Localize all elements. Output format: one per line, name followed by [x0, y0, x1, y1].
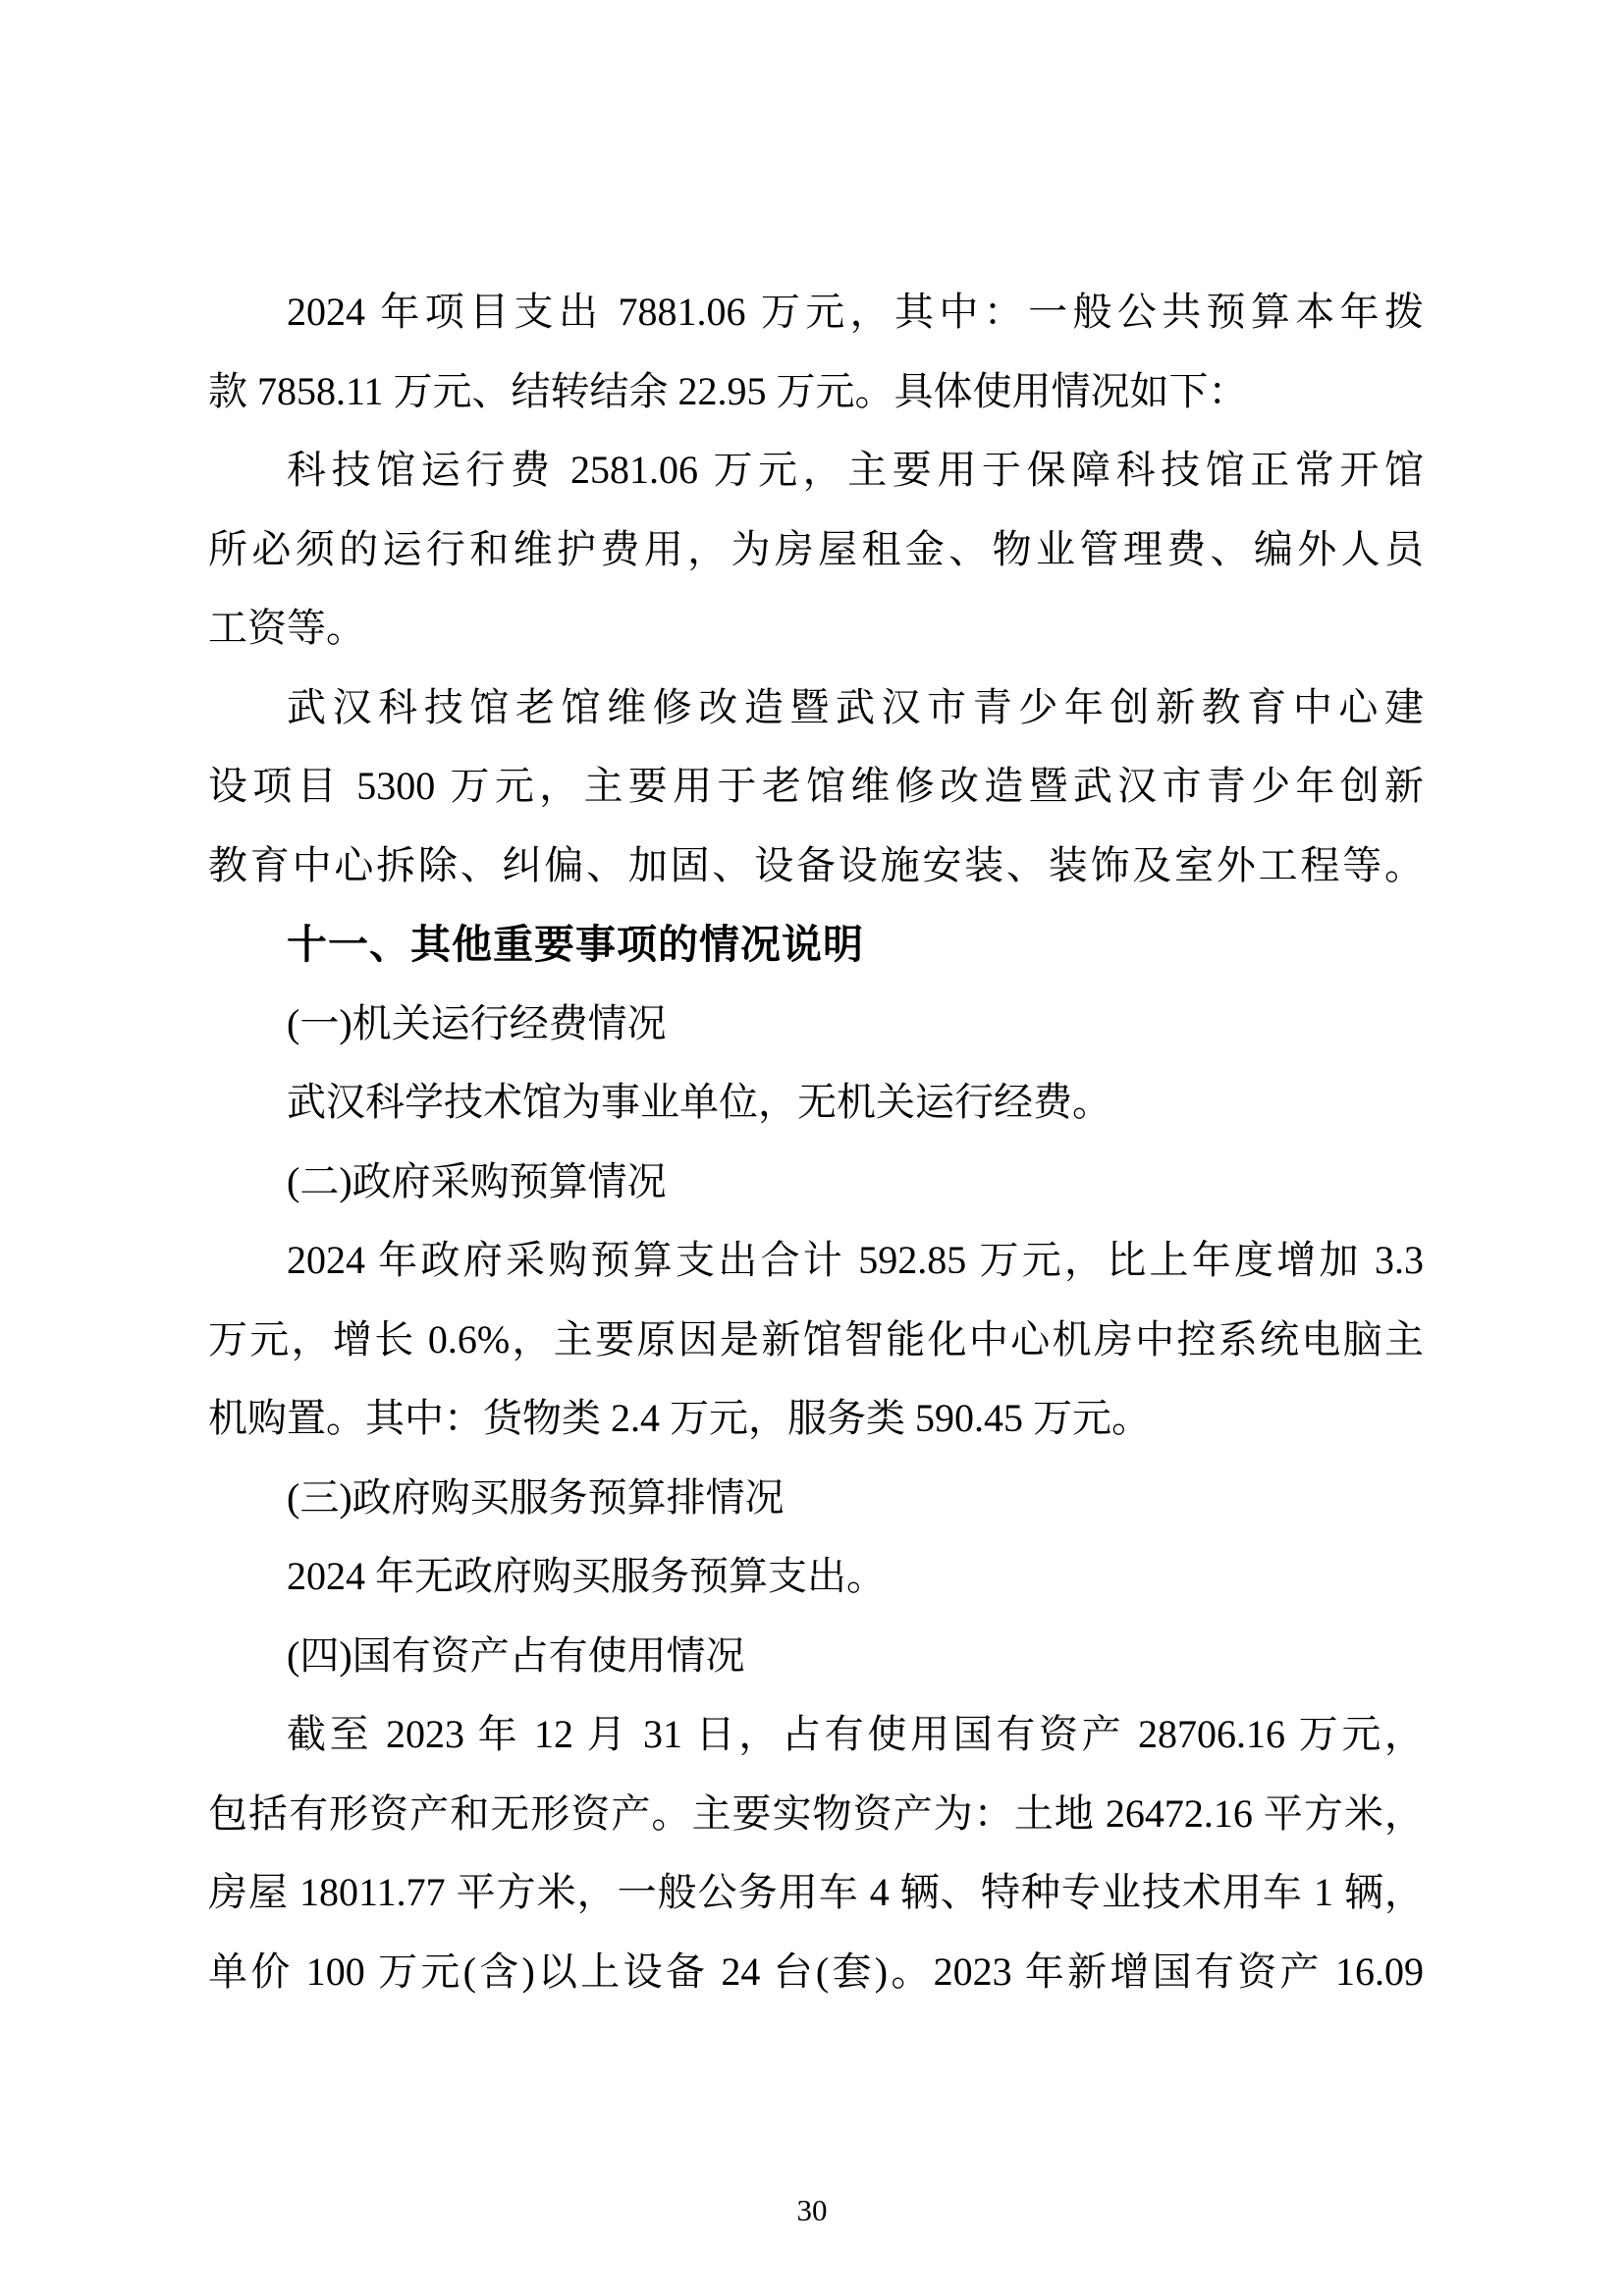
text-line: 包括有形资产和无形资产。主要实物资产为：土地 26472.16 平方米， — [208, 1775, 1424, 1854]
text-line: 武汉科技馆老馆维修改造暨武汉市青少年创新教育中心建 — [208, 668, 1424, 748]
text-line: 机购置。其中：货物类 2.4 万元，服务类 590.45 万元。 — [208, 1379, 1424, 1459]
text-line: 2024 年项目支出 7881.06 万元，其中：一般公共预算本年拨 — [208, 273, 1424, 352]
section-heading: 十一、其他重要事项的情况说明 — [208, 905, 1424, 985]
text-line: 房屋 18011.77 平方米，一般公务用车 4 辆、特种专业技术用车 1 辆， — [208, 1853, 1424, 1933]
text-line: 所必须的运行和维护费用，为房屋租金、物业管理费、编外人员 — [208, 510, 1424, 590]
text-line: 2024 年政府采购预算支出合计 592.85 万元，比上年度增加 3.3 — [208, 1221, 1424, 1301]
text-line: 万元，增长 0.6%，主要原因是新馆智能化中心机房中控系统电脑主 — [208, 1301, 1424, 1380]
text-line: 款 7858.11 万元、结转结余 22.95 万元。具体使用情况如下： — [208, 352, 1424, 432]
text-line: 单价 100 万元(含)以上设备 24 台(套)。2023 年新增国有资产 16… — [208, 1933, 1424, 2012]
text-line: 教育中心拆除、纠偏、加固、设备设施安装、装饰及室外工程等。 — [208, 827, 1424, 906]
text-line: 截至 2023 年 12 月 31 日，占有使用国有资产 28706.16 万元… — [208, 1695, 1424, 1775]
text-line: 工资等。 — [208, 589, 1424, 668]
subsection-heading: (一)机关运行经费情况 — [208, 985, 1424, 1064]
text-line: 2024 年无政府购买服务预算支出。 — [208, 1537, 1424, 1617]
text-line: 武汉科学技术馆为事业单位，无机关运行经费。 — [208, 1063, 1424, 1143]
text-line: 设项目 5300 万元，主要用于老馆维修改造暨武汉市青少年创新 — [208, 747, 1424, 827]
document-page: 2024 年项目支出 7881.06 万元，其中：一般公共预算本年拨 款 785… — [0, 0, 1624, 2296]
document-body: 2024 年项目支出 7881.06 万元，其中：一般公共预算本年拨 款 785… — [208, 273, 1424, 2011]
subsection-heading: (三)政府购买服务预算排情况 — [208, 1459, 1424, 1538]
page-number: 30 — [0, 2191, 1624, 2230]
text-line: 科技馆运行费 2581.06 万元，主要用于保障科技馆正常开馆 — [208, 431, 1424, 510]
subsection-heading: (二)政府采购预算情况 — [208, 1143, 1424, 1222]
subsection-heading: (四)国有资产占有使用情况 — [208, 1617, 1424, 1696]
